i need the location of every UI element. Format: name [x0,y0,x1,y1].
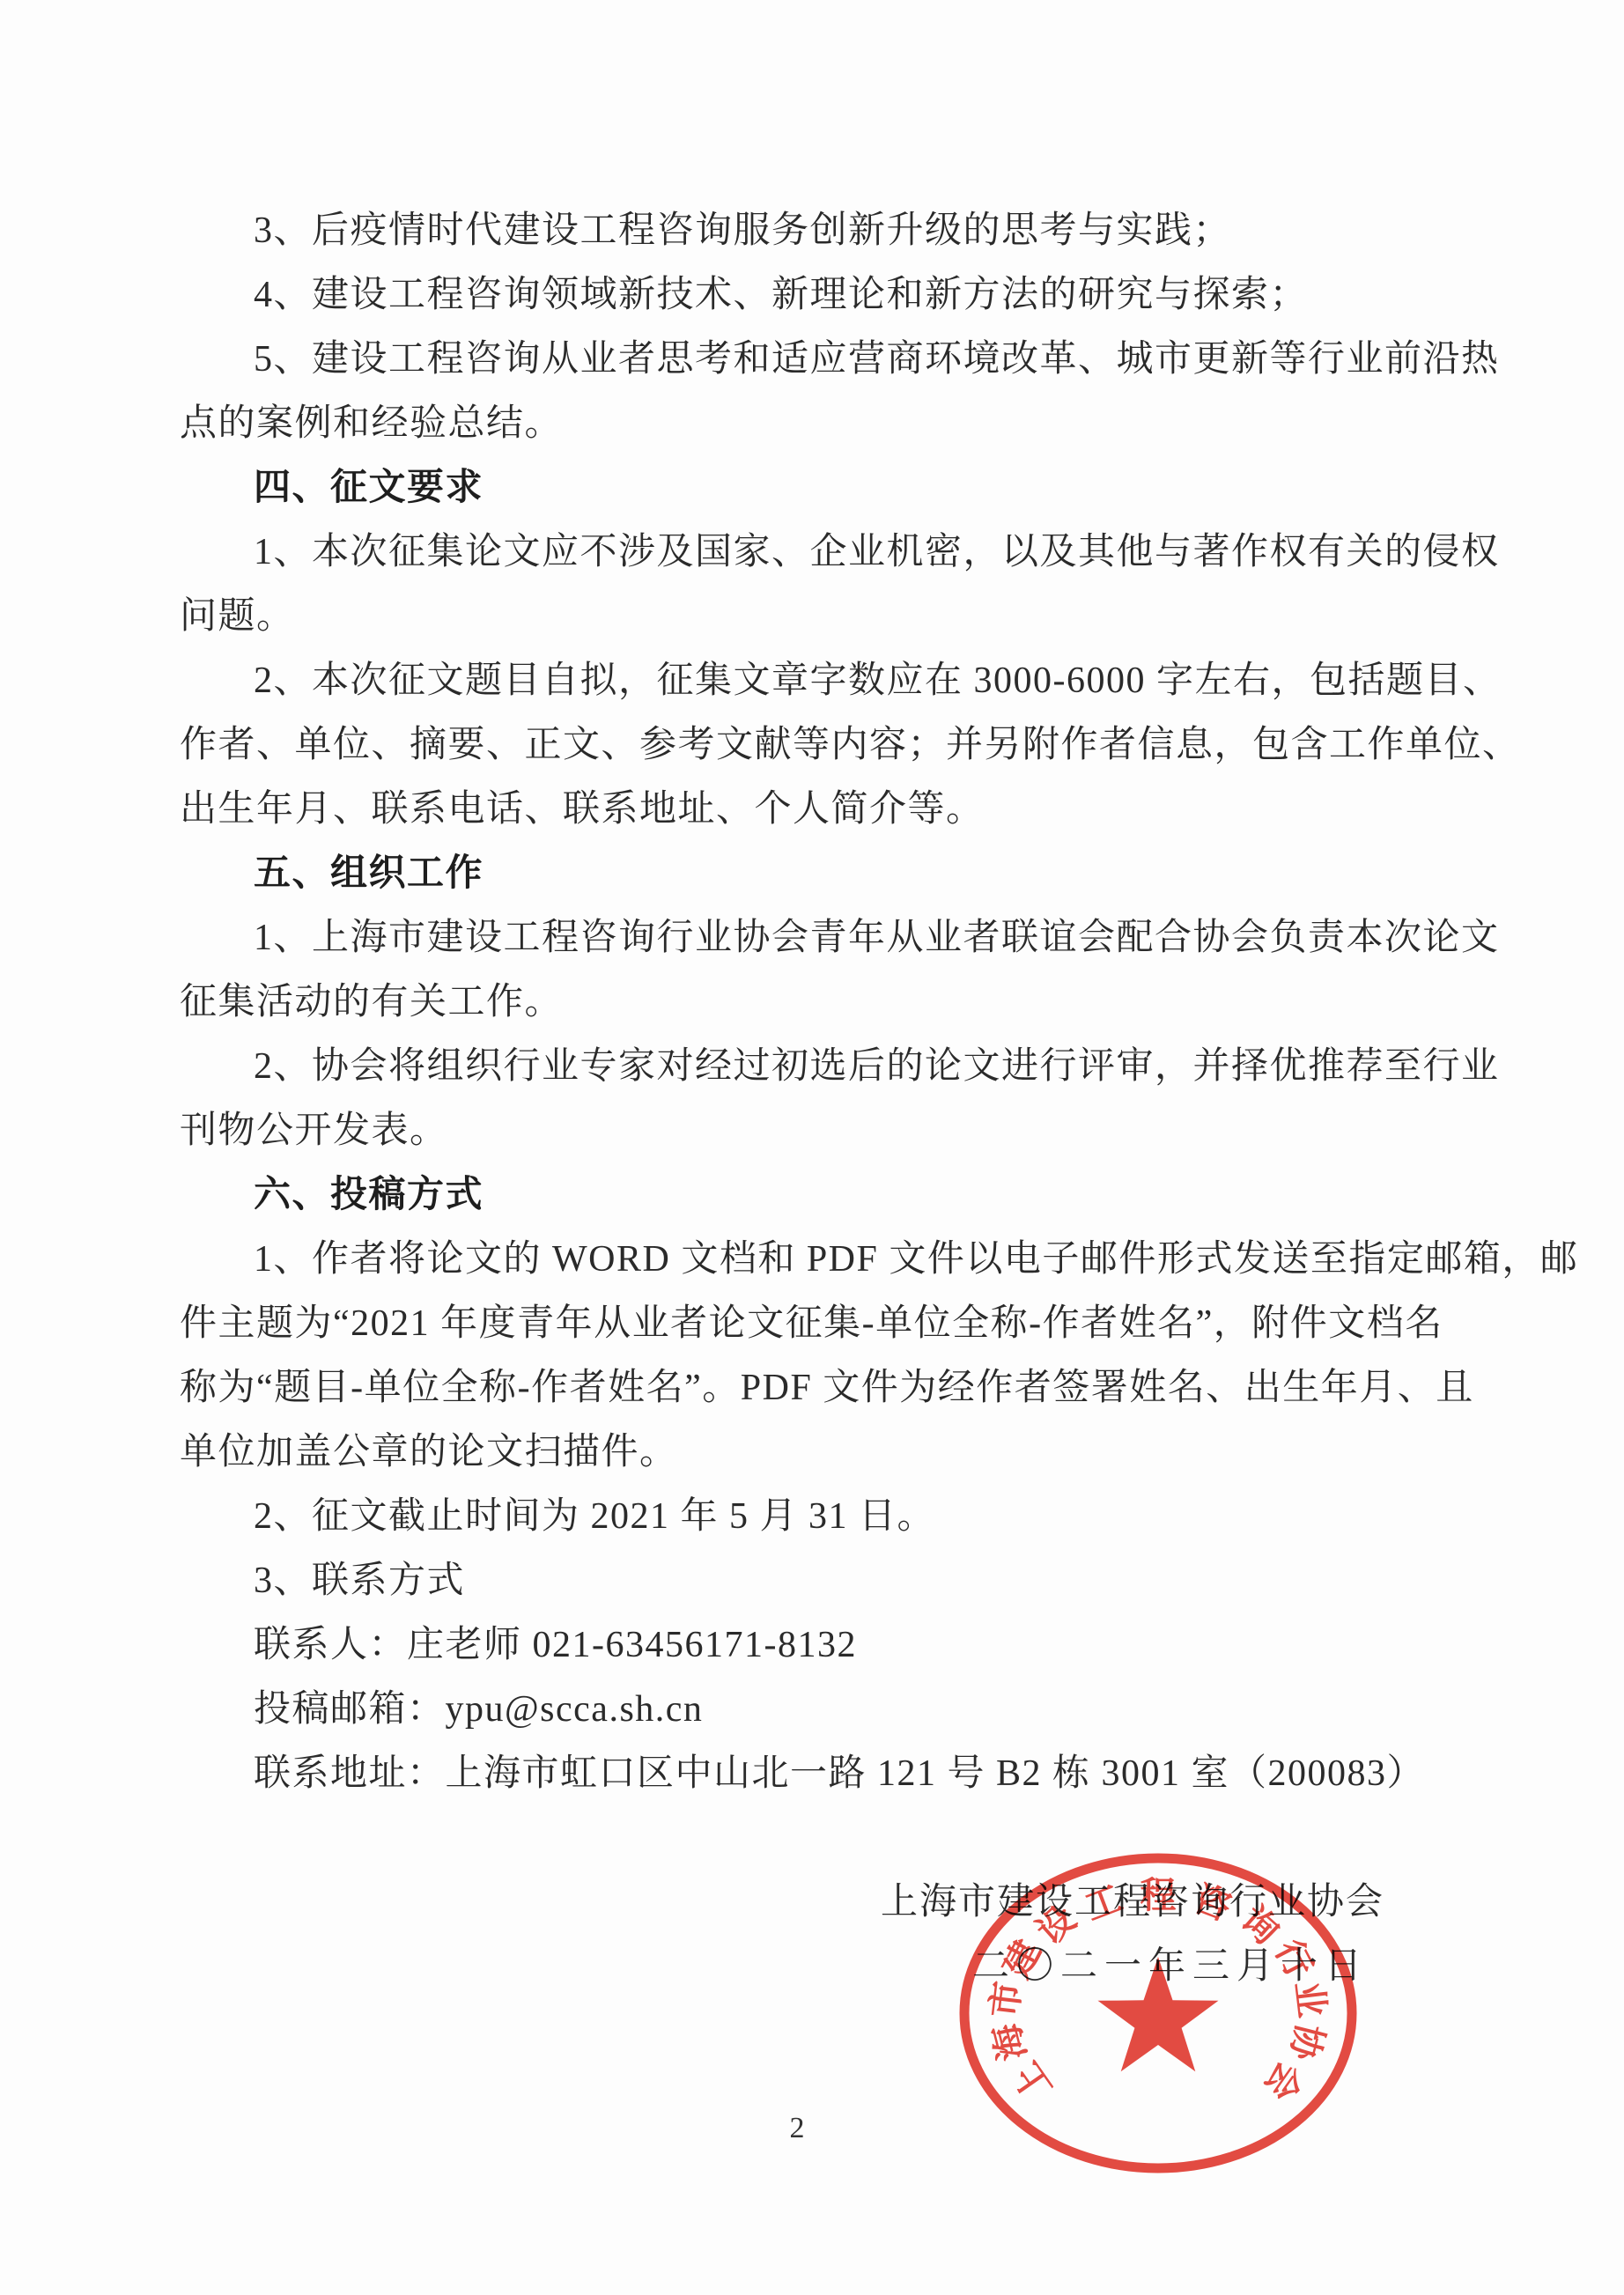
seal-ring-char: 市 [984,1979,1028,2019]
document-line: 1、本次征集论文应不涉及国家、企业机密，以及其他与著作权有关的侵权 [180,520,1450,585]
document-line: 单位加盖公章的论文扫描件。 [180,1421,1450,1485]
seal-ring-char: 业 [1288,1979,1332,2019]
document-line: 出生年月、联系电话、联系地址、个人简介等。 [180,778,1450,842]
seal-ring-char: 询 [1233,1898,1287,1952]
document-line: 2、协会将组织行业专家对经过初选后的论文进行评审，并择优推荐至行业 [180,1035,1450,1099]
section-heading: 四、征文要求 [180,456,1450,520]
document-line: 作者、单位、摘要、正文、参考文献等内容；并另附作者信息，包含工作单位、 [180,713,1450,778]
seal-ring-char: 海 [985,2019,1034,2064]
seal-ring-char: 设 [1030,1898,1083,1952]
document-line: 1、作者将论文的 WORD 文档和 PDF 文件以电子邮件形式发送至指定邮箱，邮 [180,1228,1450,1292]
seal-ring-char: 会 [1257,2055,1310,2107]
seal-ring-char: 行 [1267,1933,1320,1984]
seal-ring-char: 协 [1282,2019,1331,2066]
section-heading: 六、投稿方式 [180,1163,1450,1228]
document-line: 投稿邮箱：ypu@scca.sh.cn [180,1678,1450,1742]
seal-ring-char: 咨 [1189,1878,1237,1929]
document-page: 3、后疫情时代建设工程咨询服务创新升级的思考与实践；4、建设工程咨询领域新技术、… [0,0,1624,2295]
document-line: 点的案例和经验总结。 [180,392,1450,456]
document-line: 称为“题目-单位全称-作者姓名”。PDF 文件为经作者签署姓名、出生年月、且 [180,1356,1450,1421]
document-line: 2、本次征文题目自拟，征集文章字数应在 3000-6000 字左右，包括题目、 [180,649,1450,713]
document-line: 联系人：庄老师 021-63456171-8132 [180,1613,1450,1678]
page-number: 2 [0,2112,1594,2145]
document-line: 刊物公开发表。 [180,1099,1450,1163]
document-line: 问题。 [180,585,1450,649]
seal-ring-char: 程 [1140,1875,1177,1915]
document-line: 3、联系方式 [180,1549,1450,1613]
document-body: 3、后疫情时代建设工程咨询服务创新升级的思考与实践；4、建设工程咨询领域新技术、… [180,199,1450,1999]
document-line: 1、上海市建设工程咨询行业协会青年从业者联谊会配合协会负责本次论文 [180,906,1450,970]
seal-ring-char: 工 [1080,1878,1128,1929]
seal-star-icon [1098,1957,1219,2071]
seal-ring-char: 上 [1006,2055,1059,2107]
document-line: 5、建设工程咨询从业者思考和适应营商环境改革、城市更新等行业前沿热 [180,328,1450,392]
document-line: 4、建设工程咨询领域新技术、新理论和新方法的研究与探索； [180,263,1450,328]
body-lines: 3、后疫情时代建设工程咨询服务创新升级的思考与实践；4、建设工程咨询领域新技术、… [180,199,1450,1806]
document-line: 联系地址：上海市虹口区中山北一路 121 号 B2 栋 3001 室（20008… [180,1742,1450,1806]
section-heading: 五、组织工作 [180,842,1450,906]
document-line: 3、后疫情时代建设工程咨询服务创新升级的思考与实践； [180,199,1450,263]
document-line: 2、征文截止时间为 2021 年 5 月 31 日。 [180,1485,1450,1549]
document-line: 件主题为“2021 年度青年从业者论文征集-单位全称-作者姓名”，附件文档名 [180,1292,1450,1356]
document-line: 征集活动的有关工作。 [180,970,1450,1035]
seal-ring-char: 建 [996,1933,1049,1984]
